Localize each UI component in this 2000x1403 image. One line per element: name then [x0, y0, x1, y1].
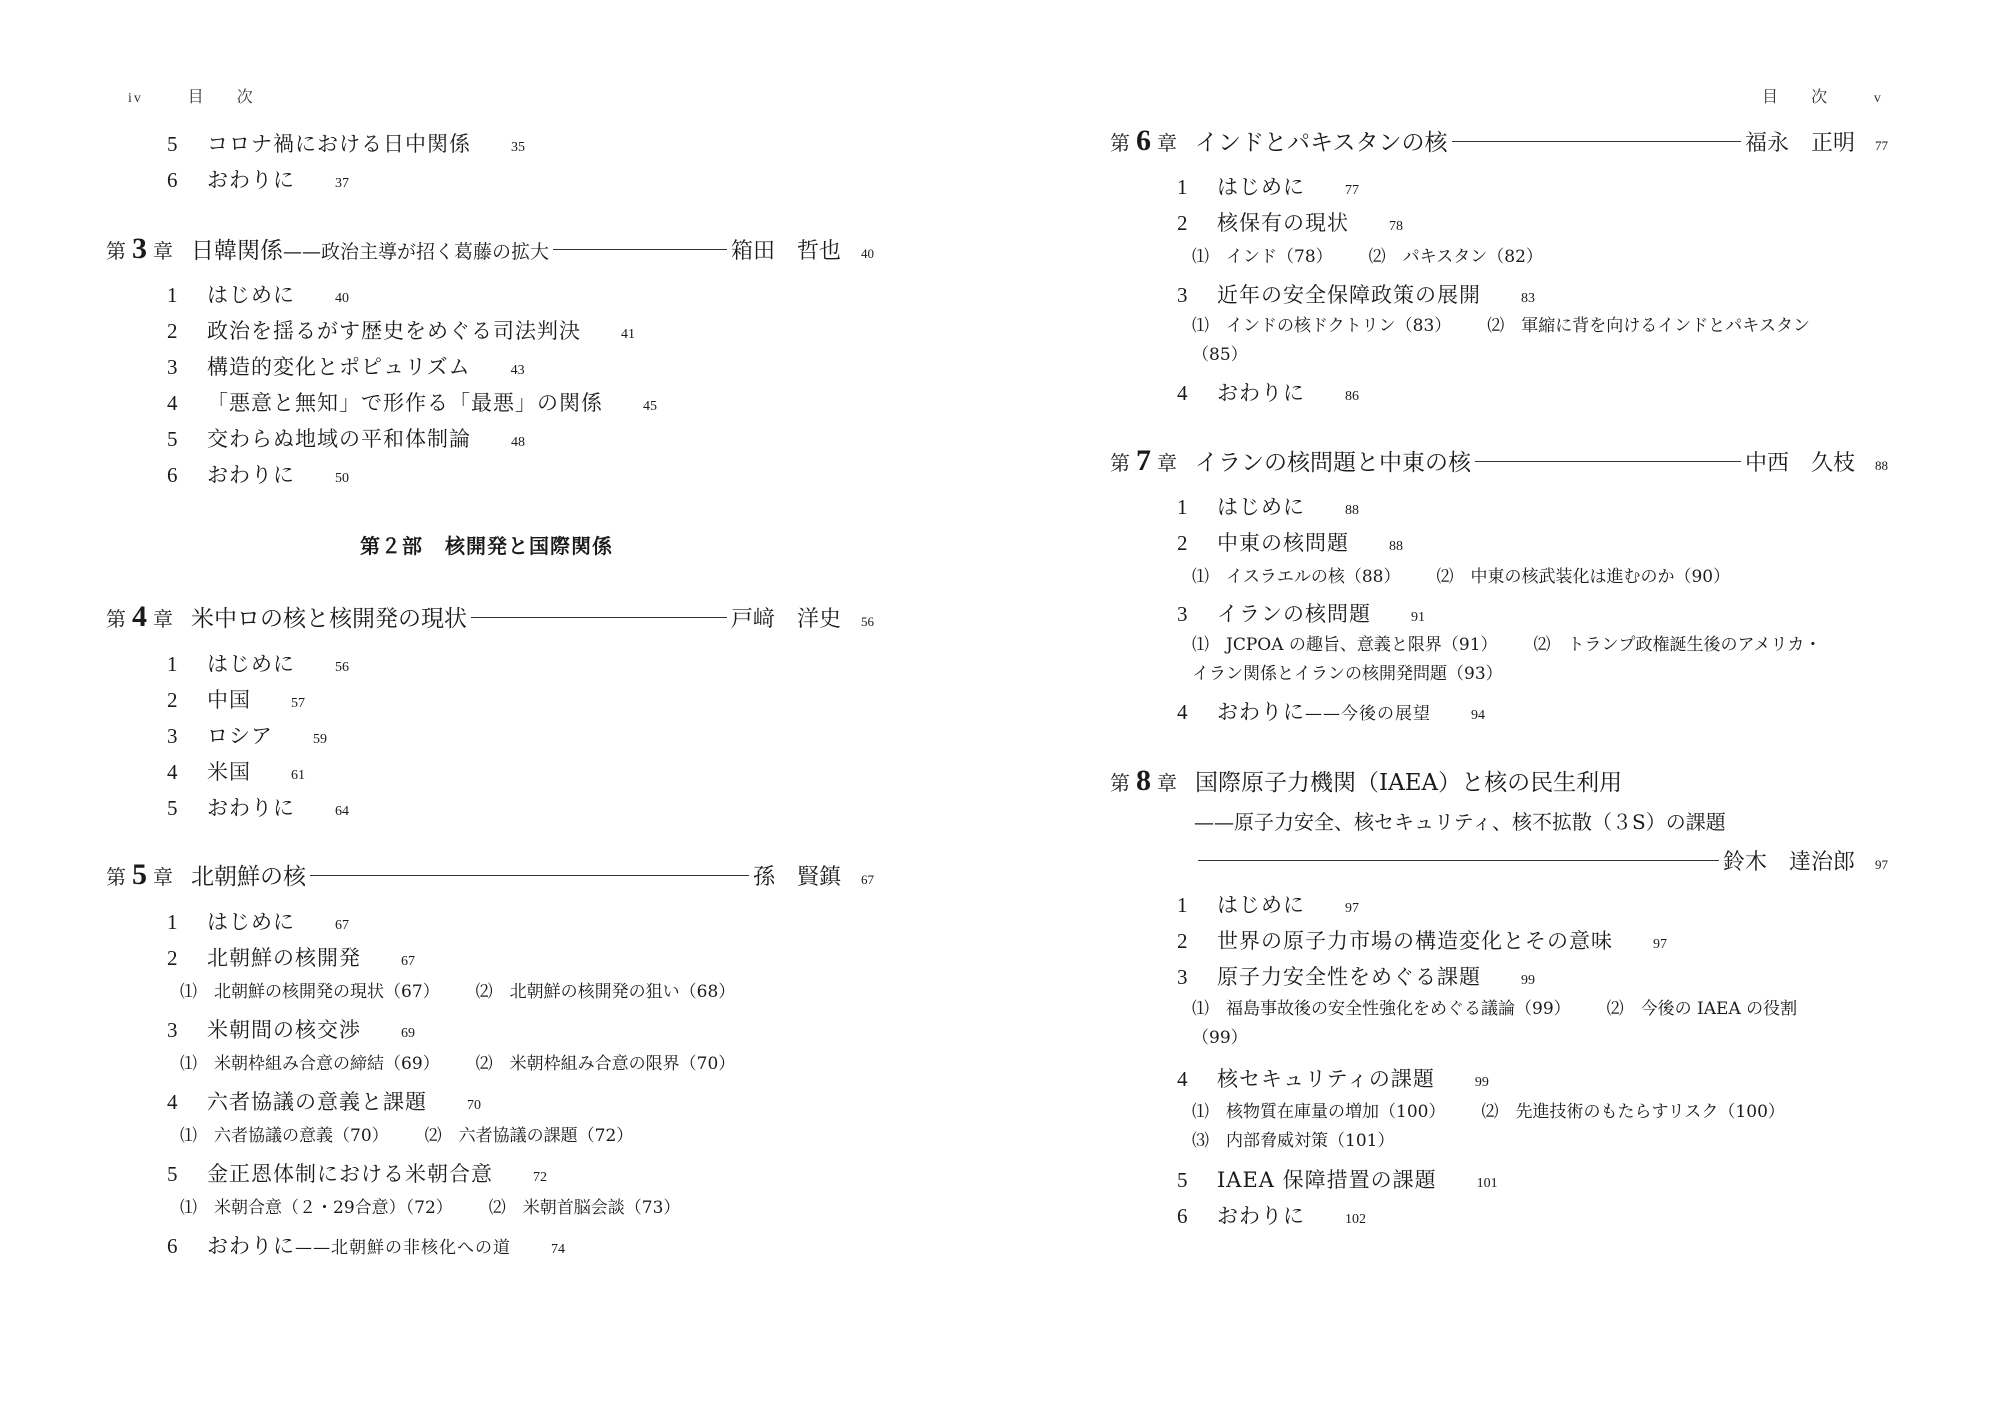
chapter-suffix: 章: [153, 603, 173, 632]
subsection-item[interactable]: ⑵ 六者協議の課題（72）: [425, 1126, 634, 1146]
item-page: 50: [335, 471, 349, 487]
subsection-item[interactable]: ⑴ 米朝合意（２・29合意）（72）: [180, 1198, 453, 1218]
item-title: IAEA 保障措置の課題: [1217, 1164, 1437, 1194]
item-title: おわりに: [1217, 377, 1305, 407]
item-number: 2: [1177, 929, 1217, 954]
subsection-item[interactable]: ⑴ JCPOA の趣旨、意義と限界（91）: [1192, 635, 1498, 655]
item-page: 61: [291, 768, 305, 784]
item-number: 3: [1177, 283, 1217, 308]
chapter-heading-8[interactable]: 第 8 章 国際原子力機関（IAEA）と核の民生利用: [1110, 764, 1888, 798]
item-page: 59: [313, 732, 327, 748]
toc-item[interactable]: 4六者協議の意義と課題70: [167, 1086, 481, 1116]
chapter-title: イランの核問題と中東の核: [1195, 444, 1471, 477]
item-number: 2: [1177, 211, 1217, 236]
right-page: 目 次 v 第 6 章 インドとパキスタンの核 福永 正明 77 1はじめに77…: [1000, 0, 2000, 1403]
chapter-number: 4: [132, 600, 147, 634]
toc-item[interactable]: 3原子力安全性をめぐる課題99: [1177, 961, 1535, 991]
subsection-item[interactable]: ⑵ 中東の核武装化は進むのか（90）: [1436, 567, 1730, 587]
item-title: イランの核問題: [1217, 598, 1371, 628]
item-title: 交わらぬ地域の平和体制論: [207, 423, 471, 453]
subsection-list: ⑴ インドの核ドクトリン（83）⑵ 軍縮に背を向けるインドとパキスタン（85）: [1192, 312, 1832, 370]
item-number: 1: [167, 652, 207, 677]
item-page: 102: [1345, 1212, 1366, 1228]
toc-item[interactable]: 2核保有の現状78: [1177, 207, 1403, 237]
item-title: 世界の原子力市場の構造変化とその意味: [1217, 925, 1613, 955]
chapter-suffix: 章: [153, 861, 173, 890]
chapter-prefix: 第: [1110, 447, 1130, 476]
chapter-title: 日韓関係: [191, 232, 283, 265]
toc-item[interactable]: 2中国57: [167, 684, 305, 714]
item-title: ロシア: [207, 720, 273, 750]
item-title: 米国: [207, 756, 251, 786]
chapter-heading-3[interactable]: 第 3 章 日韓関係 ——政治主導が招く葛藤の拡大 箱田 哲也 40: [106, 232, 874, 266]
chapter-page: 56: [861, 614, 874, 630]
item-number: 6: [167, 463, 207, 488]
item-title: 原子力安全性をめぐる課題: [1217, 961, 1481, 991]
chapter-title: 北朝鮮の核: [191, 858, 306, 891]
item-title: はじめに: [1217, 491, 1305, 521]
subsection-item[interactable]: ⑴ インド（78）: [1192, 247, 1333, 267]
chapter-title: インドとパキスタンの核: [1195, 124, 1448, 157]
leader-rule: [1198, 860, 1719, 861]
item-page: 78: [1389, 219, 1403, 235]
item-page: 94: [1471, 708, 1485, 724]
toc-item[interactable]: 4「悪意と無知」で形作る「最悪」の関係45: [167, 387, 657, 417]
toc-item[interactable]: 6 おわりに 37: [167, 164, 349, 194]
item-number: 1: [1177, 893, 1217, 918]
leader-rule: [1475, 461, 1741, 462]
leader-rule: [471, 617, 727, 618]
subsection-item[interactable]: ⑵ 米朝首脳会談（73）: [489, 1198, 681, 1218]
item-page: 77: [1345, 183, 1359, 199]
part-title: 核開発と国際関係: [445, 534, 613, 558]
chapter-page: 77: [1875, 138, 1888, 154]
toc-item[interactable]: 3イランの核問題91: [1177, 598, 1425, 628]
item-page: 48: [511, 435, 525, 451]
item-title: はじめに: [1217, 889, 1305, 919]
leader-rule: [1452, 141, 1741, 142]
chapter-prefix: 第: [106, 603, 126, 632]
running-head-right: 目 次 v: [1762, 84, 1883, 107]
item-title: 北朝鮮の核開発: [207, 942, 361, 972]
subsection-item[interactable]: ⑴ イスラエルの核（88）: [1192, 567, 1400, 587]
chapter-author: 鈴木 達治郎: [1723, 845, 1855, 876]
item-page: 45: [643, 399, 657, 415]
item-page: 57: [291, 696, 305, 712]
item-page: 74: [551, 1242, 565, 1258]
folio: v: [1874, 91, 1883, 106]
subsection-item[interactable]: ⑴ 福島事故後の安全性強化をめぐる議論（99）: [1192, 999, 1571, 1019]
item-page: 97: [1345, 901, 1359, 917]
item-title: おわりに: [1217, 700, 1305, 724]
subsection-item[interactable]: ⑴ 米朝枠組み合意の締結（69）: [180, 1054, 440, 1074]
item-page: 70: [467, 1098, 481, 1114]
item-title: 近年の安全保障政策の展開: [1217, 279, 1481, 309]
chapter-heading-5[interactable]: 第 5 章 北朝鮮の核 孫 賢鎮 67: [106, 858, 874, 892]
chapter-number: 6: [1136, 124, 1151, 158]
item-page: 69: [401, 1026, 415, 1042]
item-page: 101: [1477, 1176, 1498, 1192]
toc-item[interactable]: 4米国61: [167, 756, 305, 786]
chapter-heading-4[interactable]: 第 4 章 米中ロの核と核開発の現状 戸﨑 洋史 56: [106, 600, 874, 634]
chapter-page: 40: [861, 246, 874, 262]
chapter-author: 中西 久枝: [1745, 446, 1855, 477]
item-title: はじめに: [207, 279, 295, 309]
chapter-author: 孫 賢鎮: [753, 860, 841, 891]
chapter-page: 88: [1875, 458, 1888, 474]
subsection-item[interactable]: ⑴ 核物質在庫量の増加（100）: [1192, 1102, 1445, 1122]
part-heading[interactable]: 第２部核開発と国際関係: [360, 530, 613, 559]
item-number: 6: [1177, 1204, 1217, 1229]
toc-item[interactable]: 4おわりに86: [1177, 377, 1359, 407]
chapter-prefix: 第: [106, 861, 126, 890]
item-subtitle: ——今後の展望: [1305, 704, 1431, 724]
item-page: 35: [511, 140, 525, 156]
toc-item[interactable]: 5IAEA 保障措置の課題101: [1177, 1164, 1498, 1194]
item-number: 4: [1177, 700, 1217, 725]
toc-item[interactable]: 1はじめに97: [1177, 889, 1359, 919]
item-number: 4: [1177, 1067, 1217, 1092]
item-title: はじめに: [207, 648, 295, 678]
chapter-author: 箱田 哲也: [731, 234, 841, 265]
subsection-item[interactable]: ⑴ 北朝鮮の核開発の現状（67）: [180, 982, 440, 1002]
item-page: 37: [335, 176, 349, 192]
item-page: 83: [1521, 291, 1535, 307]
subsection-list: ⑴ 核物質在庫量の増加（100）⑵ 先進技術のもたらすリスク（100） ⑶ 内部…: [1192, 1098, 1832, 1156]
toc-item[interactable]: 5金正恩体制における米朝合意72: [167, 1158, 547, 1188]
item-number: 2: [1177, 531, 1217, 556]
subsection-item[interactable]: ⑶ 内部脅威対策（101）: [1192, 1131, 1394, 1151]
leader-rule: [553, 249, 727, 250]
chapter-suffix: 章: [153, 235, 173, 264]
toc-item[interactable]: 1はじめに77: [1177, 171, 1359, 201]
subsection-item[interactable]: ⑴ 六者協議の意義（70）: [180, 1126, 389, 1146]
toc-item[interactable]: 1はじめに67: [167, 906, 349, 936]
item-number: 4: [167, 391, 207, 416]
item-number: 3: [167, 355, 207, 380]
subsection-list: ⑴ イスラエルの核（88）⑵ 中東の核武装化は進むのか（90）: [1192, 563, 1832, 592]
item-title: 核セキュリティの課題: [1217, 1063, 1435, 1093]
chapter-title: 国際原子力機関（IAEA）と核の民生利用: [1195, 764, 1622, 797]
item-number: 1: [1177, 495, 1217, 520]
subsection-item[interactable]: ⑵ 先進技術のもたらすリスク（100）: [1481, 1102, 1784, 1122]
chapter-author-line: 鈴木 達治郎 97: [1194, 845, 1888, 879]
chapter-number: 5: [132, 858, 147, 892]
subsection-list: ⑴ インド（78）⑵ パキスタン（82）: [1192, 243, 1832, 272]
item-number: 6: [167, 1234, 207, 1259]
toc-item[interactable]: 5おわりに64: [167, 792, 349, 822]
chapter-prefix: 第: [1110, 127, 1130, 156]
subsection-list: ⑴ 米朝枠組み合意の締結（69）⑵ 米朝枠組み合意の限界（70）: [180, 1050, 880, 1079]
chapter-page: 67: [861, 872, 874, 888]
subsection-item[interactable]: ⑵ 米朝枠組み合意の限界（70）: [476, 1054, 736, 1074]
toc-item[interactable]: 3近年の安全保障政策の展開83: [1177, 279, 1535, 309]
chapter-number: 3: [132, 232, 147, 266]
toc-item[interactable]: 2北朝鮮の核開発67: [167, 942, 415, 972]
item-title: はじめに: [1217, 171, 1305, 201]
chapter-author: 福永 正明: [1745, 126, 1855, 157]
item-number: 3: [167, 724, 207, 749]
item-title: おわりに: [207, 1234, 295, 1258]
chapter-suffix: 章: [1157, 447, 1177, 476]
chapter-heading-6[interactable]: 第 6 章 インドとパキスタンの核 福永 正明 77: [1110, 124, 1888, 158]
item-subtitle: ——北朝鮮の非核化への道: [295, 1238, 511, 1258]
item-number: 2: [167, 319, 207, 344]
toc-item[interactable]: 3米朝間の核交渉69: [167, 1014, 415, 1044]
item-page: 67: [401, 954, 415, 970]
item-page: 86: [1345, 389, 1359, 405]
item-title: おわりに: [207, 459, 295, 489]
item-number: 3: [1177, 965, 1217, 990]
leader-rule: [310, 875, 749, 876]
item-title: 構造的変化とポピュリズム: [207, 351, 471, 381]
item-number: 5: [167, 427, 207, 452]
subsection-list: ⑴ 北朝鮮の核開発の現状（67）⑵ 北朝鮮の核開発の狙い（68）: [180, 978, 880, 1007]
item-title: コロナ禍における日中関係: [207, 128, 471, 158]
item-title: 「悪意と無知」で形作る「最悪」の関係: [207, 387, 603, 417]
toc-item[interactable]: 1はじめに40: [167, 279, 349, 309]
toc-item[interactable]: 6おわりに50: [167, 459, 349, 489]
item-number: 5: [1177, 1168, 1217, 1193]
toc-item[interactable]: 3ロシア59: [167, 720, 327, 750]
toc-item[interactable]: 5 コロナ禍における日中関係 35: [167, 128, 525, 158]
item-title: 金正恩体制における米朝合意: [207, 1158, 493, 1188]
item-page: 99: [1521, 973, 1535, 989]
item-title: 政治を揺るがす歴史をめぐる司法判決: [207, 315, 581, 345]
toc-item[interactable]: 1はじめに88: [1177, 491, 1359, 521]
item-title: 中東の核問題: [1217, 527, 1349, 557]
item-number: 5: [167, 1162, 207, 1187]
item-number: 3: [1177, 602, 1217, 627]
item-page: 72: [533, 1170, 547, 1186]
item-number: 1: [167, 910, 207, 935]
item-title: はじめに: [207, 906, 295, 936]
chapter-author: 戸﨑 洋史: [731, 602, 841, 633]
item-number: 2: [167, 688, 207, 713]
toc-item[interactable]: 6おわりに102: [1177, 1200, 1366, 1230]
part-label: 第２部: [360, 534, 423, 558]
item-title: おわりに: [207, 164, 295, 194]
item-number: 4: [167, 1090, 207, 1115]
running-head-title: 目 次: [188, 87, 267, 106]
subsection-list: ⑴ JCPOA の趣旨、意義と限界（91）⑵ トランプ政権誕生後のアメリカ・イラ…: [1192, 631, 1832, 689]
item-title: 米朝間の核交渉: [207, 1014, 361, 1044]
item-number: 4: [167, 760, 207, 785]
chapter-subtitle: ——政治主導が招く葛藤の拡大: [283, 237, 549, 264]
item-number: 3: [167, 1018, 207, 1043]
toc-item[interactable]: 1はじめに56: [167, 648, 349, 678]
item-title: おわりに: [1217, 1200, 1305, 1230]
chapter-suffix: 章: [1157, 127, 1177, 156]
subsection-item[interactable]: ⑵ 北朝鮮の核開発の狙い（68）: [476, 982, 736, 1002]
item-title: 中国: [207, 684, 251, 714]
toc-item[interactable]: 2世界の原子力市場の構造変化とその意味97: [1177, 925, 1667, 955]
item-number: 6: [167, 168, 207, 193]
item-number: 5: [167, 796, 207, 821]
left-page: iv 目 次 5 コロナ禍における日中関係 35 6 おわりに 37 第 3 章…: [0, 0, 1000, 1403]
toc-item[interactable]: 6 おわりに——北朝鮮の非核化への道 74: [167, 1230, 565, 1260]
item-page: 88: [1345, 503, 1359, 519]
item-title: 六者協議の意義と課題: [207, 1086, 427, 1116]
subsection-list: ⑴ 米朝合意（２・29合意）（72）⑵ 米朝首脳会談（73）: [180, 1194, 880, 1223]
chapter-heading-7[interactable]: 第 7 章 イランの核問題と中東の核 中西 久枝 88: [1110, 444, 1888, 478]
running-head-left: iv 目 次: [128, 84, 267, 107]
item-page: 41: [621, 327, 635, 343]
item-page: 67: [335, 918, 349, 934]
chapter-suffix: 章: [1157, 767, 1177, 796]
item-title: 核保有の現状: [1217, 207, 1349, 237]
item-page: 99: [1475, 1075, 1489, 1091]
toc-item[interactable]: 5交わらぬ地域の平和体制論48: [167, 423, 525, 453]
chapter-number: 8: [1136, 764, 1151, 798]
chapter-subtitle: ——原子力安全、核セキュリティ、核不拡散（３S）の課題: [1194, 806, 1726, 835]
chapter-page: 97: [1875, 857, 1888, 873]
item-number: 5: [167, 132, 207, 157]
item-page: 56: [335, 660, 349, 676]
item-number: 2: [167, 946, 207, 971]
item-number: 1: [167, 283, 207, 308]
subsection-item[interactable]: ⑴ インドの核ドクトリン（83）: [1192, 316, 1451, 336]
item-page: 40: [335, 291, 349, 307]
toc-item[interactable]: 4核セキュリティの課題99: [1177, 1063, 1489, 1093]
toc-item[interactable]: 3構造的変化とポピュリズム43: [167, 351, 525, 381]
chapter-title: 米中ロの核と核開発の現状: [191, 600, 467, 633]
item-page: 64: [335, 804, 349, 820]
subsection-item[interactable]: ⑵ パキスタン（82）: [1369, 247, 1543, 267]
item-title: おわりに: [207, 792, 295, 822]
toc-item[interactable]: 4 おわりに——今後の展望 94: [1177, 696, 1485, 726]
toc-item[interactable]: 2中東の核問題88: [1177, 527, 1403, 557]
item-page: 88: [1389, 539, 1403, 555]
folio: iv: [128, 91, 143, 106]
subsection-list: ⑴ 六者協議の意義（70）⑵ 六者協議の課題（72）: [180, 1122, 880, 1151]
chapter-number: 7: [1136, 444, 1151, 478]
item-number: 1: [1177, 175, 1217, 200]
chapter-prefix: 第: [106, 235, 126, 264]
running-head-title: 目 次: [1762, 87, 1841, 106]
item-page: 43: [511, 363, 525, 379]
toc-item[interactable]: 2政治を揺るがす歴史をめぐる司法判決41: [167, 315, 635, 345]
item-page: 97: [1653, 937, 1667, 953]
item-page: 91: [1411, 610, 1425, 626]
chapter-prefix: 第: [1110, 767, 1130, 796]
item-number: 4: [1177, 381, 1217, 406]
subsection-list: ⑴ 福島事故後の安全性強化をめぐる議論（99）⑵ 今後の IAEA の役割（99…: [1192, 995, 1832, 1053]
